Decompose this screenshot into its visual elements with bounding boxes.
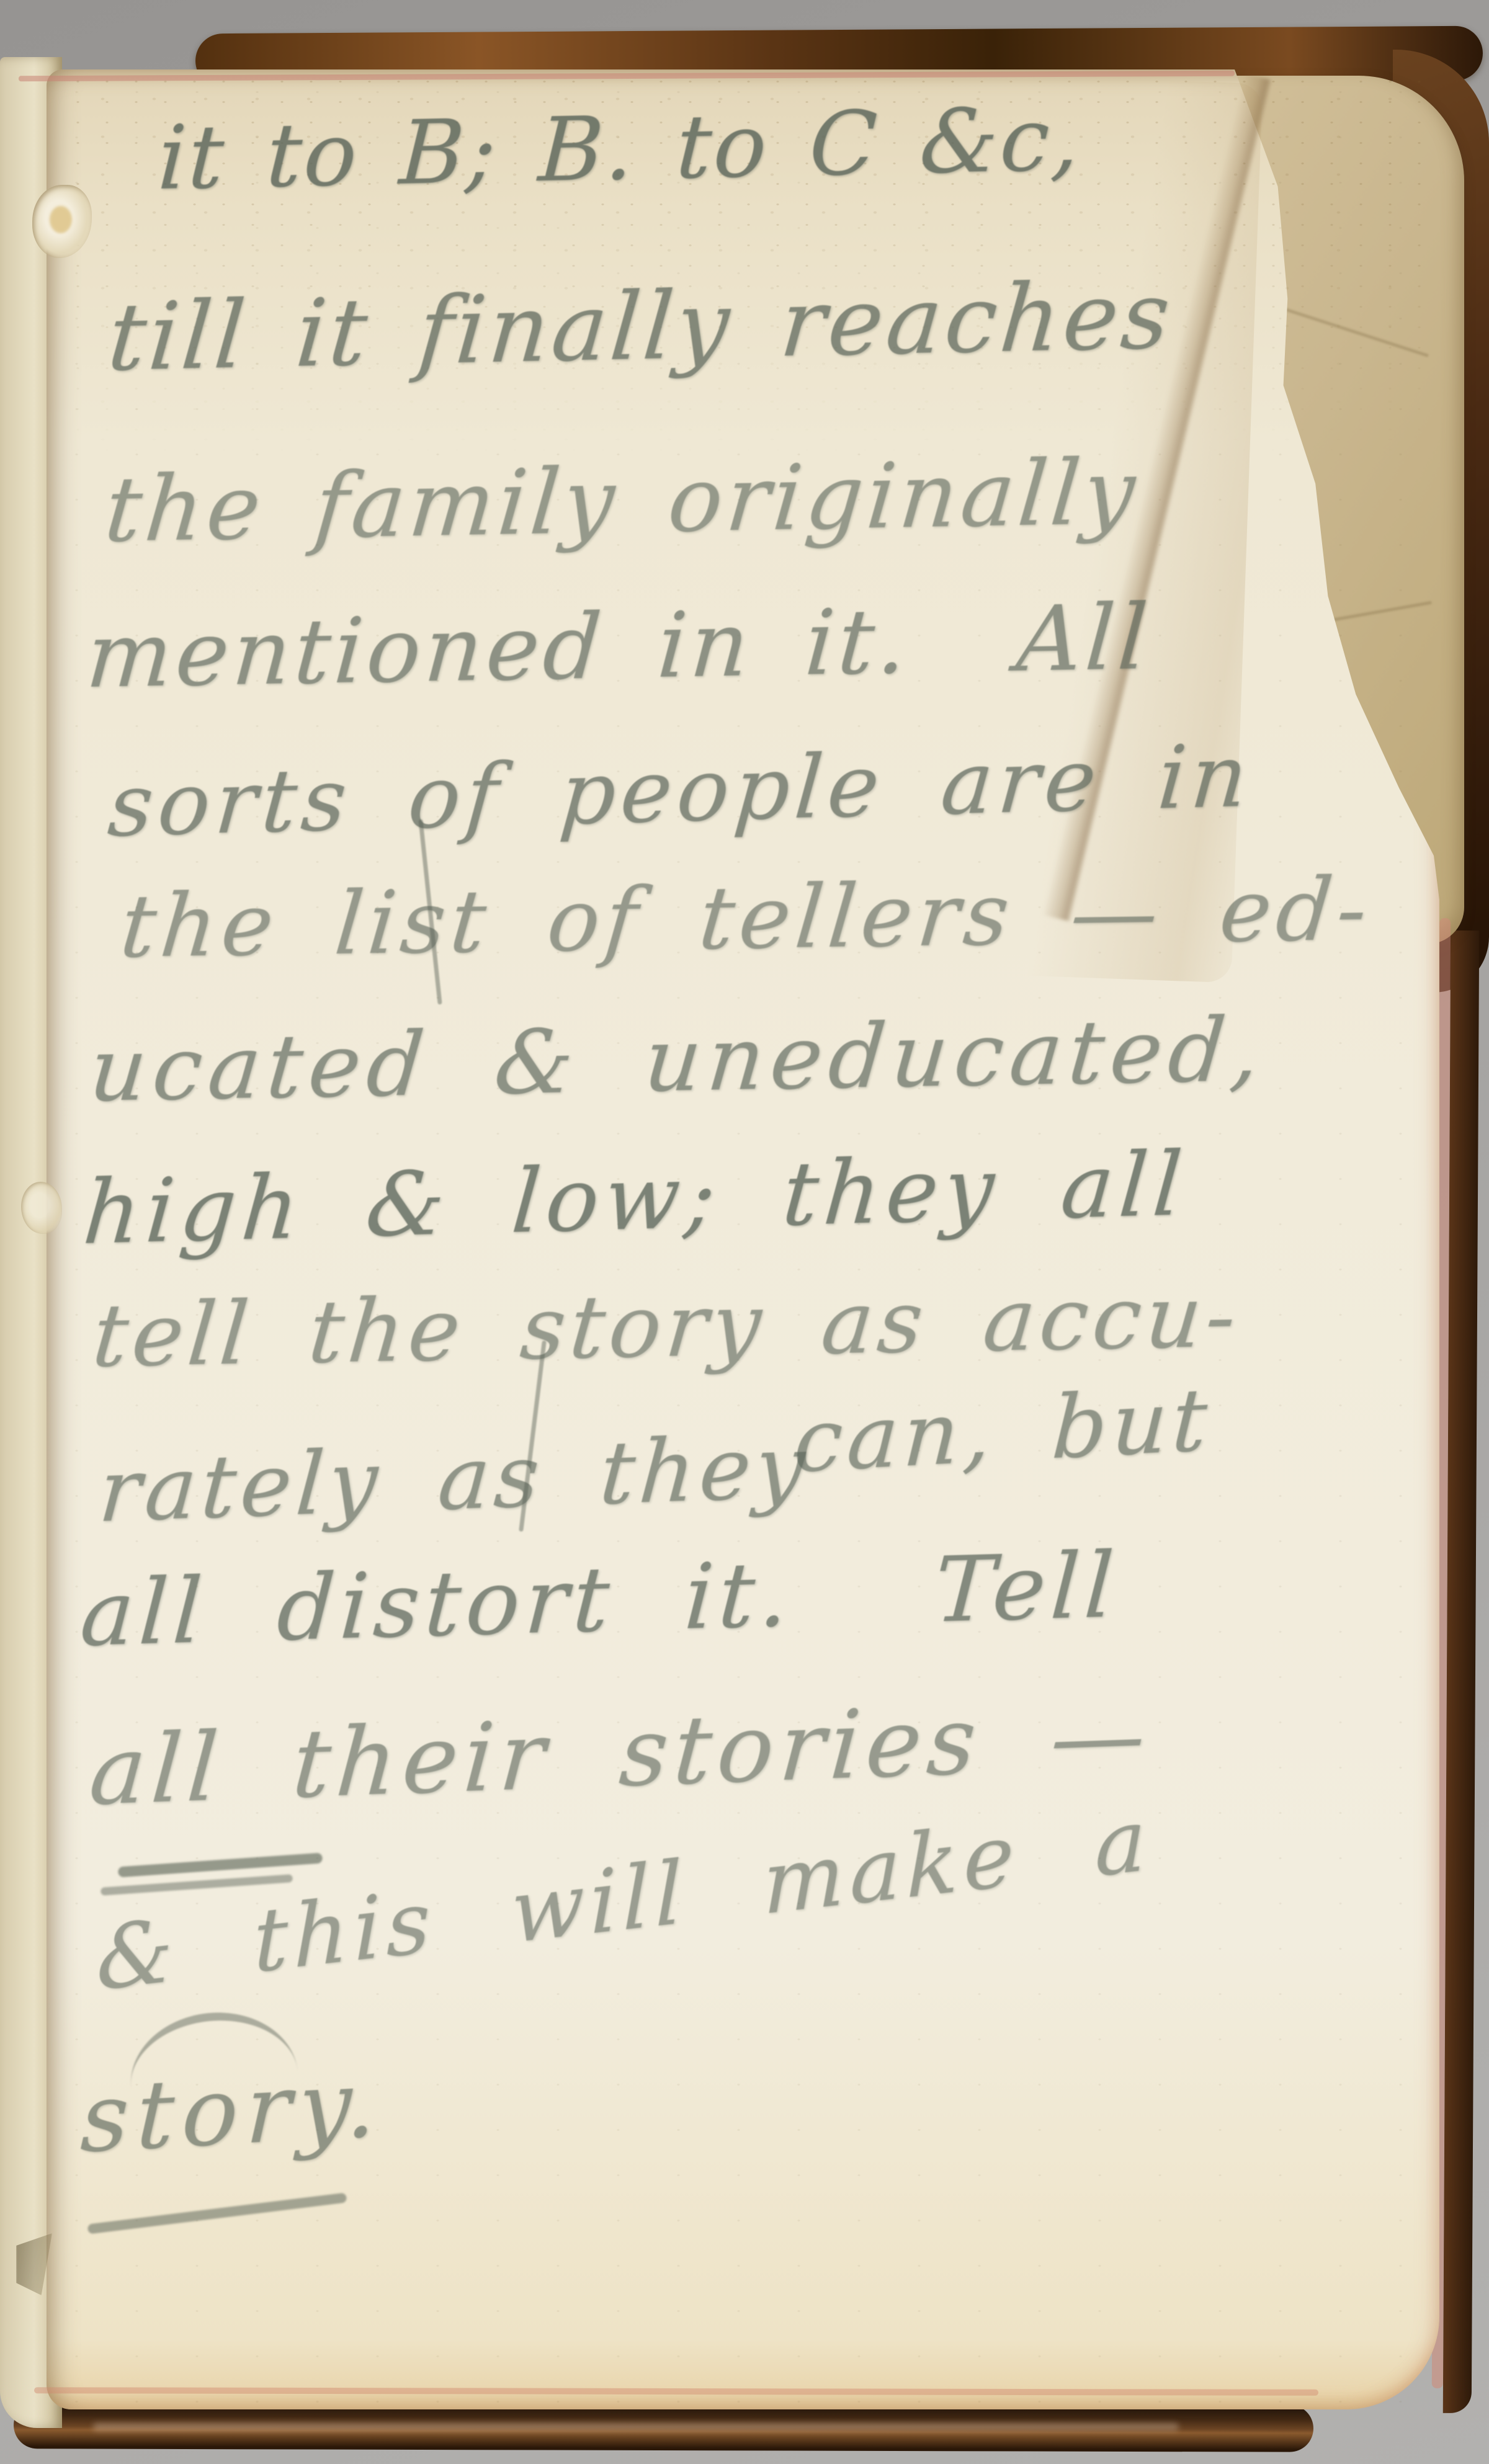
handwritten-line-4: mentioned in it. All bbox=[84, 592, 1154, 701]
handwritten-line-9: tell the story as accu- bbox=[89, 1274, 1243, 1380]
stitch-hole-middle bbox=[21, 1182, 62, 1234]
stitch-thread-top bbox=[50, 206, 72, 233]
handwritten-line-11: all distort it. Tell bbox=[78, 1540, 1121, 1659]
handwritten-line-10: rately as they bbox=[96, 1424, 812, 1535]
handwritten-line-3: the family originally bbox=[102, 447, 1142, 555]
handwritten-line-1: it to B; B. to C &c, bbox=[156, 96, 1083, 203]
handwritten-line-10-raised-phrase: can, but bbox=[792, 1377, 1214, 1486]
cover-gloss-highlight bbox=[93, 2423, 1179, 2431]
handwritten-line-7: ucated & uneducated, bbox=[86, 1006, 1269, 1115]
handwritten-line-2: till it finally reaches bbox=[105, 269, 1176, 385]
handwritten-line-6: the list of tellers — ed- bbox=[117, 867, 1375, 971]
notebook-photo: it to B; B. to C &c, till it finally rea… bbox=[0, 0, 1489, 2464]
